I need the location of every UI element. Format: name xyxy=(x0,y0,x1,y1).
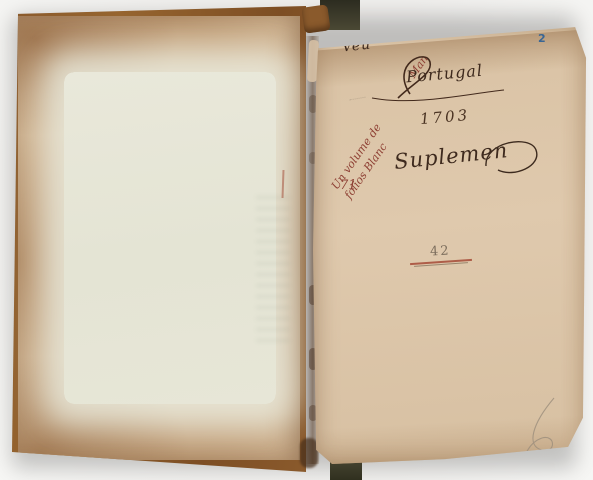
faint-pencil-mark xyxy=(350,97,367,106)
gutter-bottom-stain xyxy=(300,438,318,468)
handwritten-year: 1703 xyxy=(419,106,471,128)
pencil-folio-number: 42 xyxy=(430,243,451,259)
pastedown-clean-center xyxy=(64,72,276,404)
spine-leather-corner xyxy=(301,4,330,33)
ghost-text-offset xyxy=(256,196,290,346)
folio-stamp-number: 2 xyxy=(538,32,546,45)
left-cover-board xyxy=(6,6,306,472)
subtitle-flourish-icon xyxy=(484,132,546,180)
diagonal-inscription: Un volume de folios Blanc xyxy=(328,121,399,203)
right-flyleaf-page: Veu 2 Un volume de folios Blanc Man 71 P… xyxy=(308,24,588,464)
diagonal-inscription-number: 71 xyxy=(340,178,357,193)
photo-background: Veu 2 Un volume de folios Blanc Man 71 P… xyxy=(0,0,593,480)
left-pastedown-page xyxy=(18,16,300,460)
